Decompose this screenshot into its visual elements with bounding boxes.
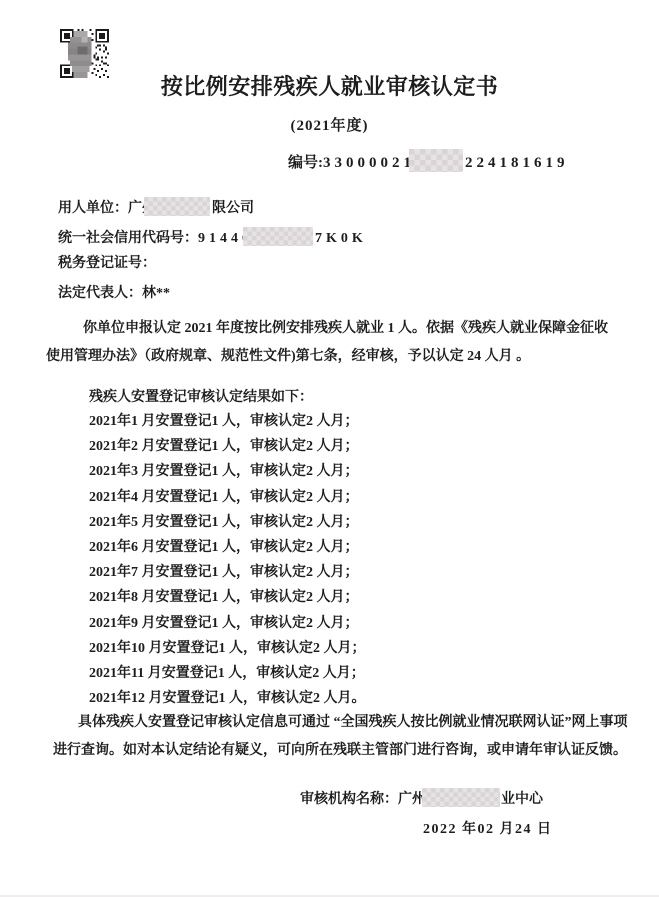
legal-rep-label: 法定代表人：: [58, 286, 142, 301]
org-suffix: 业中心: [501, 792, 543, 807]
month-line-9: 2021年9 月安置登记1 人，审核认定2 人月；: [89, 611, 366, 636]
number-prefix: 33000021: [323, 155, 415, 171]
document-title: 按比例安排残疾人就业审核认定书: [0, 76, 659, 98]
field-legal-rep: 法定代表人：林**: [58, 287, 170, 301]
field-employer: 用人单位：广州限公司: [58, 197, 254, 216]
credit-code-label: 统一社会信用代码号：: [58, 231, 198, 246]
legal-rep-value: 林**: [142, 286, 170, 301]
intro-paragraph-line1: 你单位申报认定 2021 年度按比例安排残疾人就业 1 人。依据《残疾人就业保障…: [83, 322, 608, 336]
tax-reg-label: 税务登记证号：: [58, 256, 156, 271]
month-line-4: 2021年4 月安置登记1 人，审核认定2 人月；: [89, 485, 366, 510]
footer-paragraph-line1: 具体残疾人安置登记审核认定信息可通过 “全国残疾人按比例就业情况联网认证”网上事…: [78, 716, 628, 730]
number-redaction-block: [409, 149, 463, 172]
field-credit-code: 统一社会信用代码号：914467K0K: [58, 227, 367, 246]
org-label: 审核机构名称：: [300, 792, 398, 807]
employer-redaction-block: [144, 197, 210, 216]
org-redaction-block: [422, 788, 500, 807]
credit-code-suffix: 7K0K: [315, 231, 367, 246]
results-heading: 残疾人安置登记审核认定结果如下：: [89, 391, 313, 405]
field-tax-reg: 税务登记证号：: [58, 257, 156, 271]
number-suffix: 224181619: [465, 155, 569, 171]
footer-paragraph-line2: 进行查询。如对本认定结论有疑义，可向所在残联主管部门进行咨询，或申请年审认证反馈…: [53, 744, 627, 758]
month-line-10: 2021年10 月安置登记1 人，审核认定2 人月；: [89, 636, 366, 661]
month-line-3: 2021年3 月安置登记1 人，审核认定2 人月；: [89, 459, 366, 484]
credit-code-redaction-block: [243, 227, 313, 246]
monthly-results-list: 2021年1 月安置登记1 人，审核认定2 人月； 2021年2 月安置登记1 …: [89, 409, 366, 711]
month-line-7: 2021年7 月安置登记1 人，审核认定2 人月；: [89, 560, 366, 585]
month-line-2: 2021年2 月安置登记1 人，审核认定2 人月；: [89, 434, 366, 459]
month-line-11: 2021年11 月安置登记1 人，审核认定2 人月；: [89, 661, 366, 686]
signature-line: 审核机构名称：广州业中心: [300, 788, 543, 807]
document-date: 2022 年02 月24 日: [423, 823, 553, 837]
month-line-6: 2021年6 月安置登记1 人，审核认定2 人月；: [89, 535, 366, 560]
month-line-12: 2021年12 月安置登记1 人，审核认定2 人月。: [89, 686, 366, 711]
employer-suffix: 限公司: [212, 201, 254, 216]
qr-code: [57, 29, 112, 78]
audit-certificate-page: 按比例安排残疾人就业审核认定书 (2021年度) 编号:330000212241…: [0, 0, 659, 897]
number-label: 编号:: [288, 155, 323, 171]
document-year: (2021年度): [0, 119, 659, 134]
month-line-1: 2021年1 月安置登记1 人，审核认定2 人月；: [89, 409, 366, 434]
month-line-5: 2021年5 月安置登记1 人，审核认定2 人月；: [89, 510, 366, 535]
employer-label: 用人单位：: [58, 201, 128, 216]
document-number-line: 编号:33000021224181619: [288, 149, 569, 172]
intro-paragraph-line2: 使用管理办法》（政府规章、规范性文件)第七条，经审核，予以认定 24 人月 。: [46, 350, 530, 364]
month-line-8: 2021年8 月安置登记1 人，审核认定2 人月；: [89, 585, 366, 610]
